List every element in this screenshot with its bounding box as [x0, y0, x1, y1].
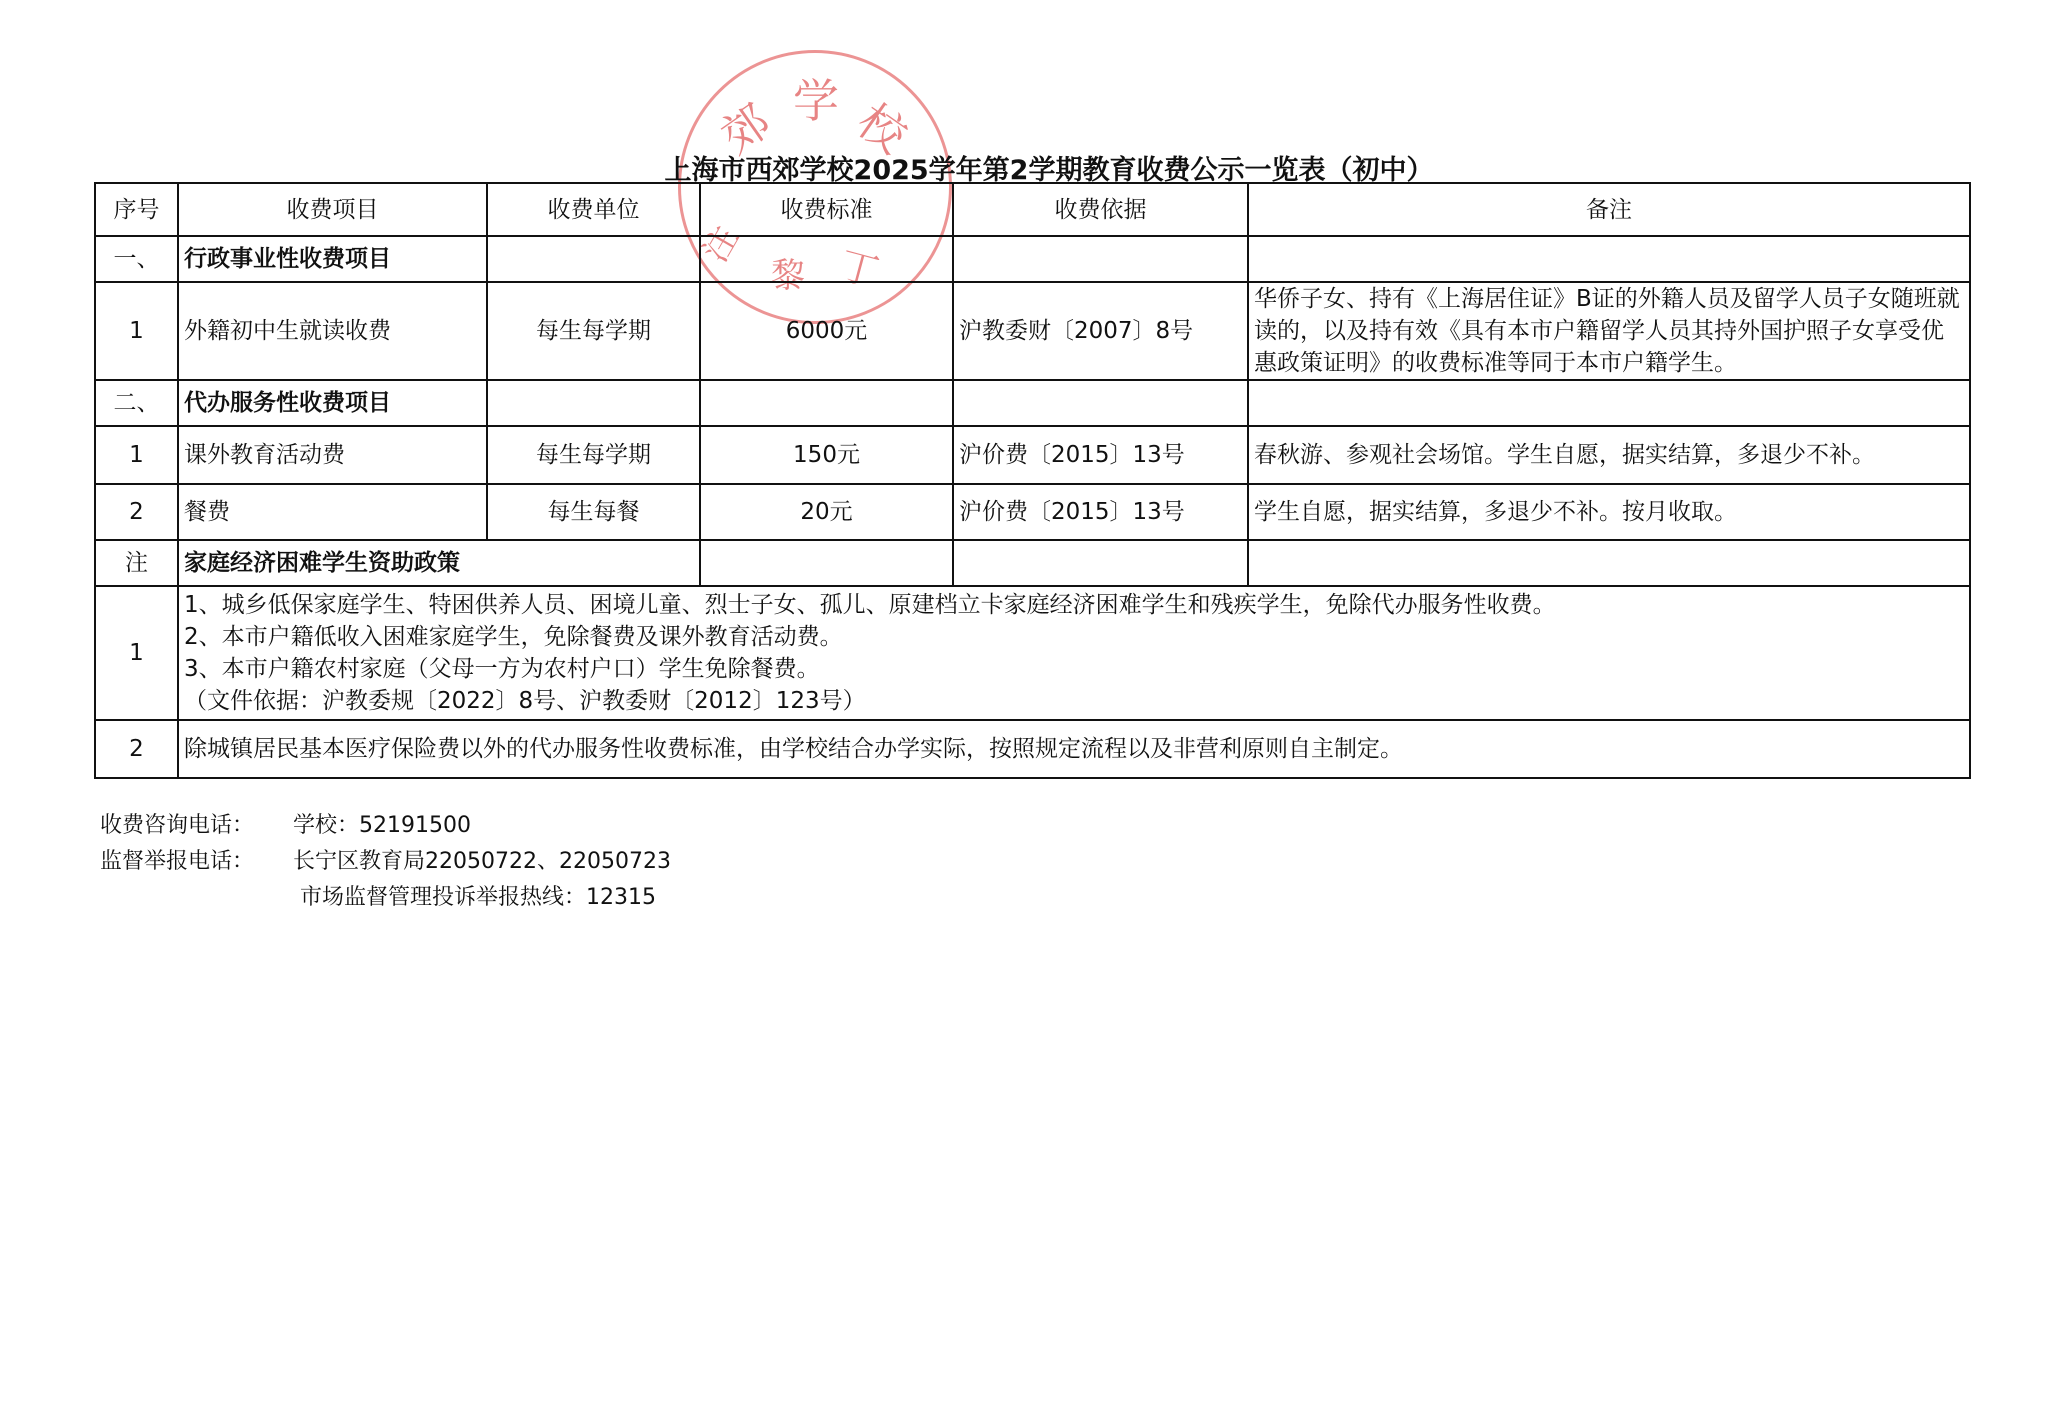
section-row: 二、 代办服务性收费项目 [95, 380, 1970, 426]
empty-cell [1248, 236, 1970, 282]
policy-line: 1、城乡低保家庭学生、特困供养人员、困境儿童、烈士子女、孤儿、原建档立卡家庭经济… [184, 589, 1964, 621]
section-no: 一、 [95, 236, 178, 282]
note-label: 家庭经济困难学生资助政策 [178, 540, 700, 586]
header-standard: 收费标准 [700, 183, 953, 236]
policy-text: 1、城乡低保家庭学生、特困供养人员、困境儿童、烈士子女、孤儿、原建档立卡家庭经济… [178, 586, 1970, 720]
row-remark: 华侨子女、持有《上海居住证》B证的外籍人员及留学人员子女随班就读的，以及持有效《… [1248, 282, 1970, 380]
row-unit: 每生每餐 [487, 484, 700, 540]
row-remark: 春秋游、参观社会场馆。学生自愿，据实结算，多退少不补。 [1248, 426, 1970, 484]
row-basis: 沪价费〔2015〕13号 [953, 484, 1248, 540]
header-remark: 备注 [1248, 183, 1970, 236]
row-no: 1 [95, 282, 178, 380]
section-row: 一、 行政事业性收费项目 [95, 236, 1970, 282]
empty-cell [700, 236, 953, 282]
row-standard: 150元 [700, 426, 953, 484]
row-basis: 沪教委财〔2007〕8号 [953, 282, 1248, 380]
row-item: 外籍初中生就读收费 [178, 282, 487, 380]
row-no: 1 [95, 426, 178, 484]
header-unit: 收费单位 [487, 183, 700, 236]
row-standard: 6000元 [700, 282, 953, 380]
row-item: 餐费 [178, 484, 487, 540]
empty-cell [953, 236, 1248, 282]
empty-cell [487, 236, 700, 282]
header-basis: 收费依据 [953, 183, 1248, 236]
report-phone-line: 监督举报电话：长宁区教育局22050722、22050723 [100, 844, 671, 875]
policy-line: 2、本市户籍低收入困难家庭学生，免除餐费及课外教育活动费。 [184, 621, 1964, 653]
empty-cell [953, 380, 1248, 426]
consult-phone-line: 收费咨询电话：学校：52191500 [100, 808, 471, 839]
policy-text: 除城镇居民基本医疗保险费以外的代办服务性收费标准，由学校结合办学实际，按照规定流… [178, 720, 1970, 778]
row-unit: 每生每学期 [487, 426, 700, 484]
stamp-char: 学 [793, 65, 839, 131]
policy-row: 1 1、城乡低保家庭学生、特困供养人员、困境儿童、烈士子女、孤儿、原建档立卡家庭… [95, 586, 1970, 720]
note-section-row: 注 家庭经济困难学生资助政策 [95, 540, 1970, 586]
policy-line: 3、本市户籍农村家庭（父母一方为农村户口）学生免除餐费。 [184, 653, 1964, 685]
row-unit: 每生每学期 [487, 282, 700, 380]
report-hotline-value: 市场监督管理投诉举报热线：12315 [300, 885, 656, 910]
consult-phone-value: 学校：52191500 [293, 813, 471, 838]
consult-phone-label: 收费咨询电话： [100, 808, 293, 839]
note-no: 注 [95, 540, 178, 586]
empty-cell [700, 540, 953, 586]
row-no: 2 [95, 484, 178, 540]
row-remark: 学生自愿，据实结算，多退少不补。按月收取。 [1248, 484, 1970, 540]
empty-cell [700, 380, 953, 426]
header-no: 序号 [95, 183, 178, 236]
table-header-row: 序号 收费项目 收费单位 收费标准 收费依据 备注 [95, 183, 1970, 236]
empty-cell [953, 540, 1248, 586]
policy-no: 1 [95, 586, 178, 720]
report-hotline-line: 市场监督管理投诉举报热线：12315 [300, 880, 656, 911]
policy-no: 2 [95, 720, 178, 778]
policy-row: 2 除城镇居民基本医疗保险费以外的代办服务性收费标准，由学校结合办学实际，按照规… [95, 720, 1970, 778]
section-label: 行政事业性收费项目 [178, 236, 487, 282]
row-item: 课外教育活动费 [178, 426, 487, 484]
table-row: 1 课外教育活动费 每生每学期 150元 沪价费〔2015〕13号 春秋游、参观… [95, 426, 1970, 484]
section-no: 二、 [95, 380, 178, 426]
table-row: 2 餐费 每生每餐 20元 沪价费〔2015〕13号 学生自愿，据实结算，多退少… [95, 484, 1970, 540]
row-basis: 沪价费〔2015〕13号 [953, 426, 1248, 484]
empty-cell [487, 380, 700, 426]
report-phone-value: 长宁区教育局22050722、22050723 [293, 849, 671, 874]
empty-cell [1248, 540, 1970, 586]
table-row: 1 外籍初中生就读收费 每生每学期 6000元 沪教委财〔2007〕8号 华侨子… [95, 282, 1970, 380]
report-phone-label: 监督举报电话： [100, 844, 293, 875]
fee-table: 序号 收费项目 收费单位 收费标准 收费依据 备注 一、 行政事业性收费项目 1… [94, 182, 1971, 779]
policy-line: （文件依据：沪教委规〔2022〕8号、沪教委财〔2012〕123号） [184, 685, 1964, 717]
row-standard: 20元 [700, 484, 953, 540]
header-item: 收费项目 [178, 183, 487, 236]
section-label: 代办服务性收费项目 [178, 380, 487, 426]
empty-cell [1248, 380, 1970, 426]
